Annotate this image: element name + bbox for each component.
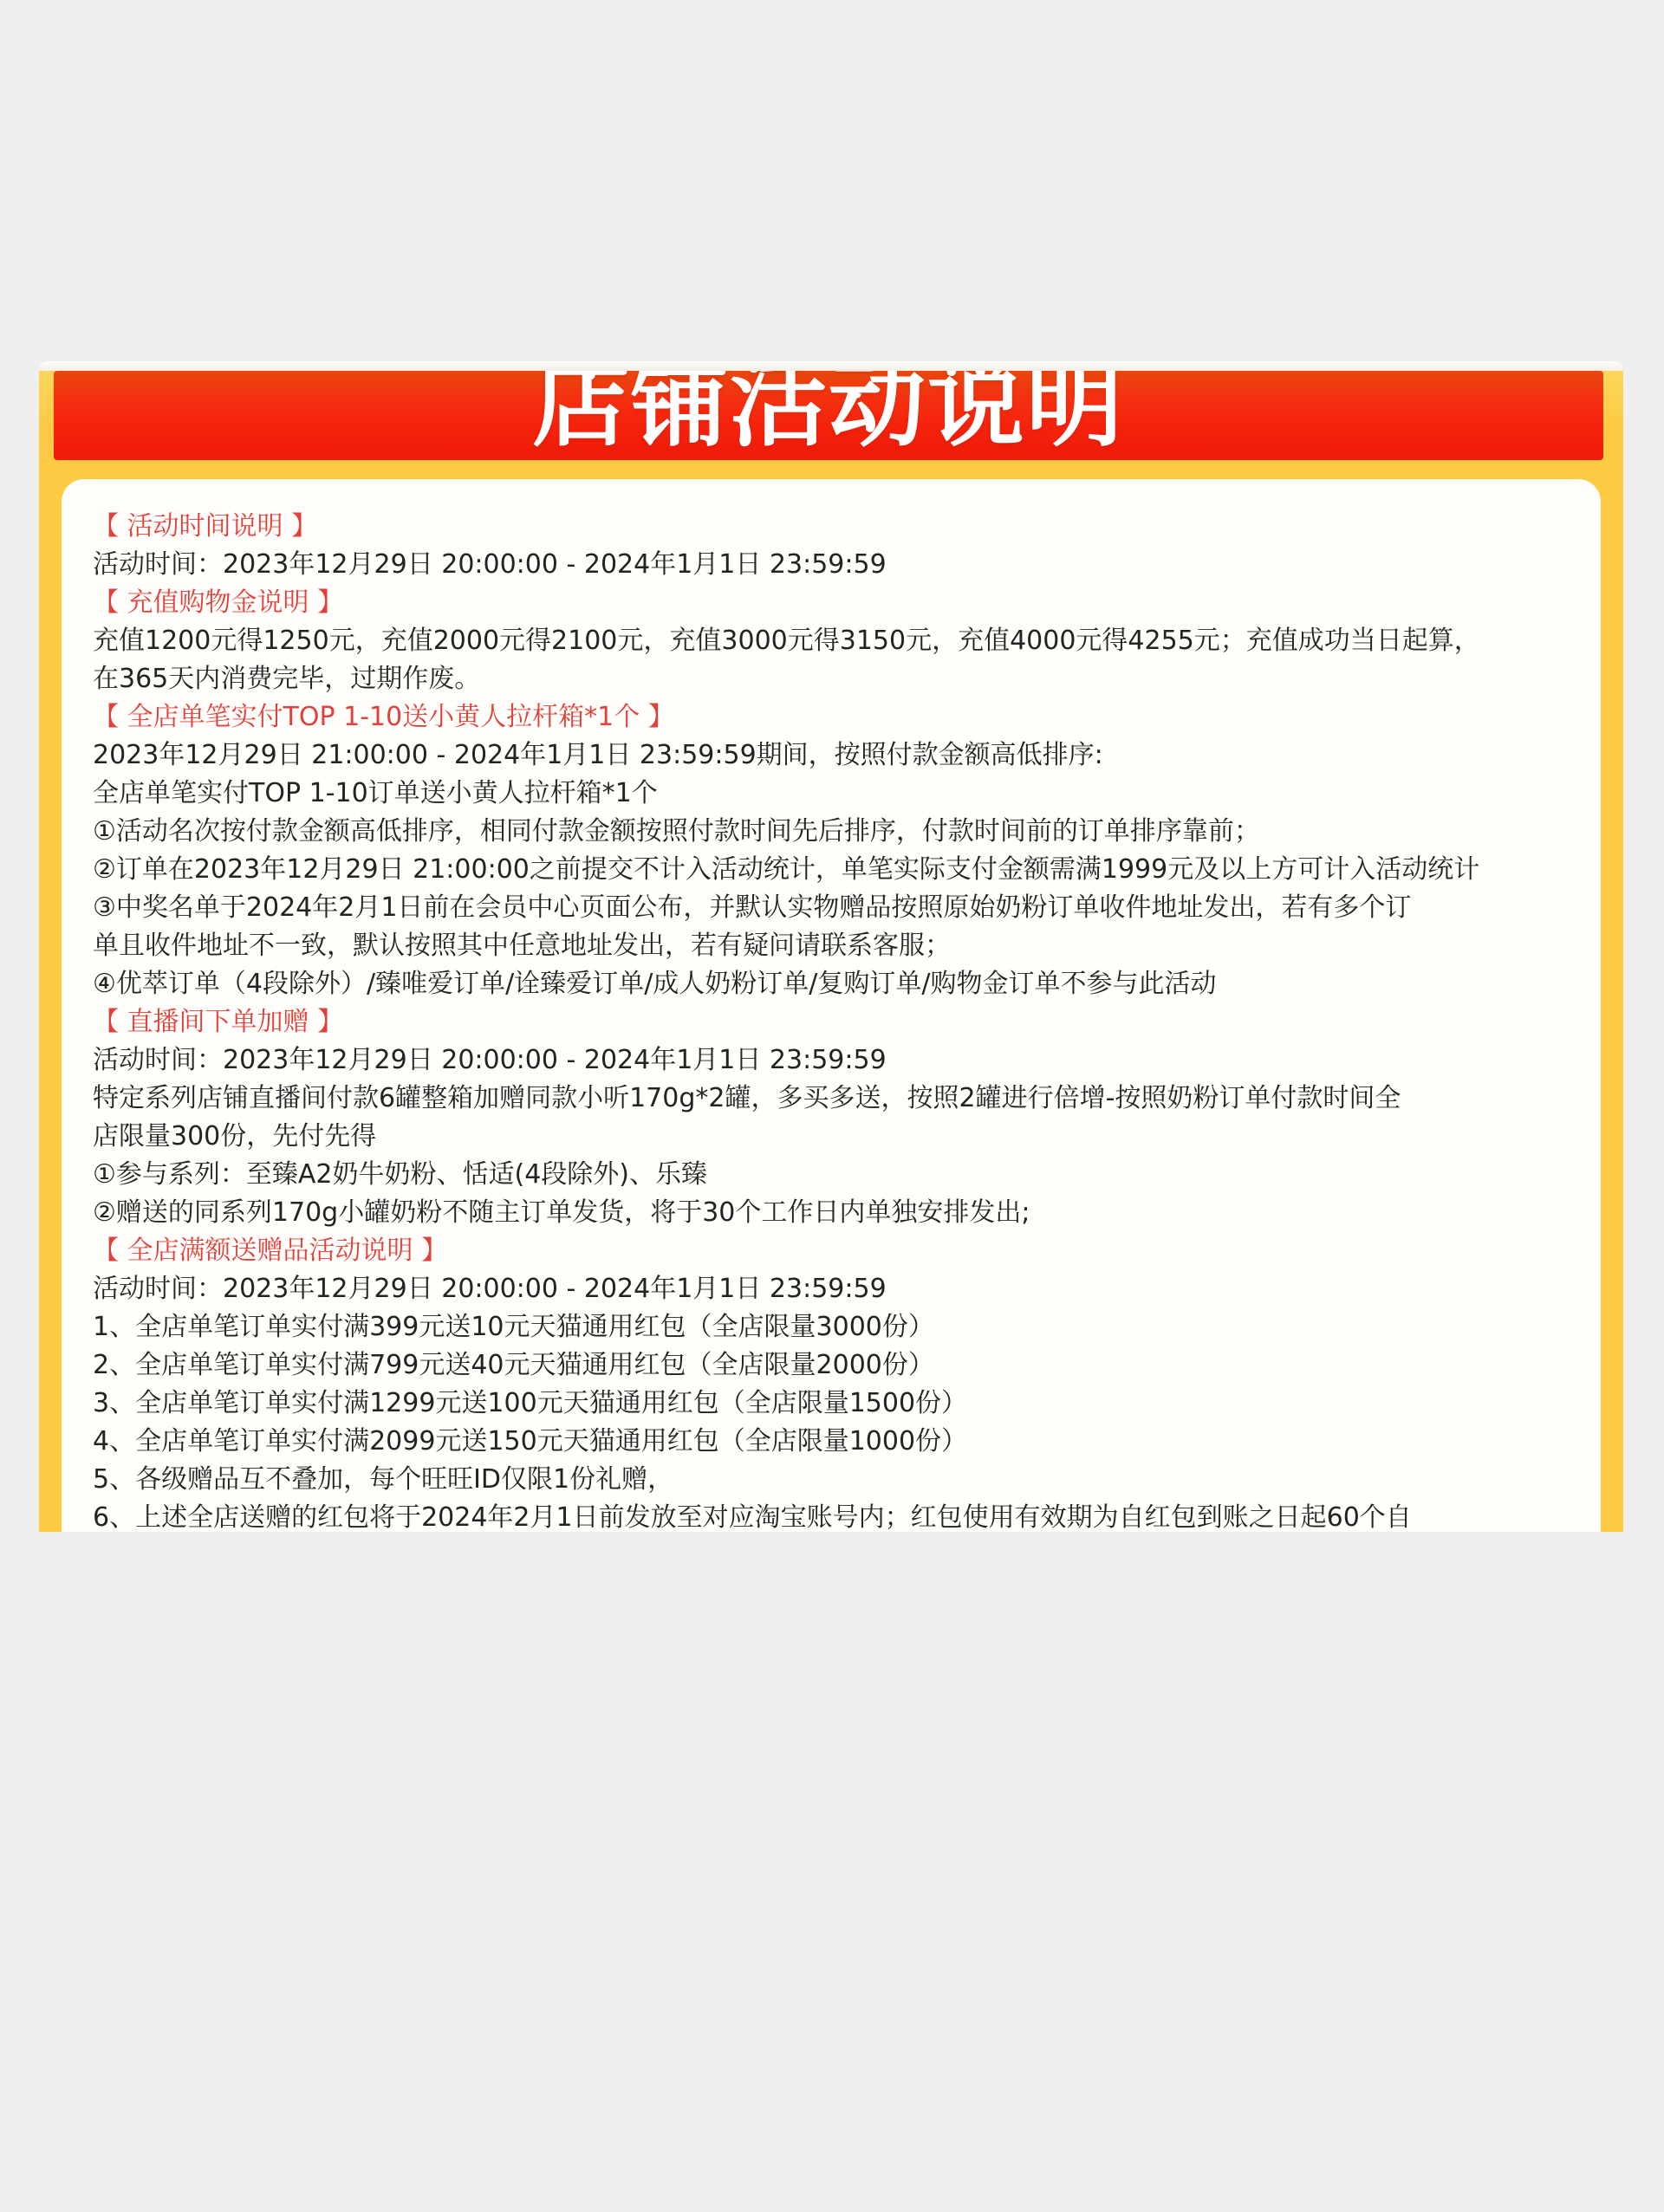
rule-line: 2、全店单笔订单实付满799元送40元天猫通用红包（全店限量2000份） [93, 1346, 1580, 1385]
poster-top-edge [39, 361, 1623, 371]
rule-line: 1、全店单笔订单实付满399元送10元天猫通用红包（全店限量3000份） [93, 1308, 1580, 1346]
rule-line: 活动时间：2023年12月29日 20:00:00 - 2024年1月1日 23… [93, 1041, 1580, 1080]
rule-line: 在365天内消费完毕，过期作废。 [93, 660, 1580, 698]
gold-frame: 店铺活动说明 【 活动时间说明 】活动时间：2023年12月29日 20:00:… [39, 371, 1623, 1532]
rule-line: 活动时间：2023年12月29日 20:00:00 - 2024年1月1日 23… [93, 1270, 1580, 1308]
promo-poster: 店铺活动说明 【 活动时间说明 】活动时间：2023年12月29日 20:00:… [39, 361, 1623, 1532]
rule-line: 4、全店单笔订单实付满2099元送150元天猫通用红包（全店限量1000份） [93, 1423, 1580, 1461]
rule-line: ④优萃订单（4段除外）/臻唯爱订单/诠臻爱订单/成人奶粉订单/复购订单/购物金订… [93, 965, 1580, 1003]
rule-line: 店限量300份，先付先得 [93, 1118, 1580, 1156]
rule-line: 3、全店单笔订单实付满1299元送100元天猫通用红包（全店限量1500份） [93, 1385, 1580, 1423]
activity-rules-text: 【 活动时间说明 】活动时间：2023年12月29日 20:00:00 - 20… [93, 508, 1580, 1532]
section-header: 【 全店满额送赠品活动说明 】 [93, 1232, 1580, 1270]
activity-rules-card: 【 活动时间说明 】活动时间：2023年12月29日 20:00:00 - 20… [62, 479, 1601, 1532]
rule-line: 活动时间：2023年12月29日 20:00:00 - 2024年1月1日 23… [93, 546, 1580, 584]
rule-line: ①参与系列：至臻A2奶牛奶粉、恬适(4段除外)、乐臻 [93, 1156, 1580, 1194]
promo-title-banner: 店铺活动说明 [54, 371, 1603, 460]
section-header: 【 充值购物金说明 】 [93, 584, 1580, 622]
page-background: { "banner": { "title": "店铺活动说明" }, "colo… [0, 0, 1664, 2212]
rule-line: 6、上述全店送赠的红包将于2024年2月1日前发放至对应淘宝账号内；红包使用有效… [93, 1499, 1580, 1532]
section-header: 【 活动时间说明 】 [93, 508, 1580, 546]
rule-line: 特定系列店铺直播间付款6罐整箱加赠同款小听170g*2罐，多买多送，按照2罐进行… [93, 1080, 1580, 1118]
rule-line: ①活动名次按付款金额高低排序，相同付款金额按照付款时间先后排序，付款时间前的订单… [93, 813, 1580, 851]
rule-line: 5、各级赠品互不叠加，每个旺旺ID仅限1份礼赠， [93, 1461, 1580, 1499]
section-header: 【 直播间下单加赠 】 [93, 1003, 1580, 1041]
rule-line: ②订单在2023年12月29日 21:00:00之前提交不计入活动统计，单笔实际… [93, 851, 1580, 889]
rule-line: ②赠送的同系列170g小罐奶粉不随主订单发货，将于30个工作日内单独安排发出; [93, 1194, 1580, 1232]
promo-title: 店铺活动说明 [54, 371, 1603, 460]
rule-line: 全店单笔实付TOP 1-10订单送小黄人拉杆箱*1个 [93, 775, 1580, 813]
rule-line: 2023年12月29日 21:00:00 - 2024年1月1日 23:59:5… [93, 736, 1580, 775]
section-header: 【 全店单笔实付TOP 1-10送小黄人拉杆箱*1个 】 [93, 698, 1580, 736]
rule-line: 单且收件地址不一致，默认按照其中任意地址发出，若有疑问请联系客服； [93, 927, 1580, 965]
rule-line: ③中奖名单于2024年2月1日前在会员中心页面公布，并默认实物赠品按照原始奶粉订… [93, 889, 1580, 927]
rule-line: 充值1200元得1250元，充值2000元得2100元，充值3000元得3150… [93, 622, 1580, 660]
